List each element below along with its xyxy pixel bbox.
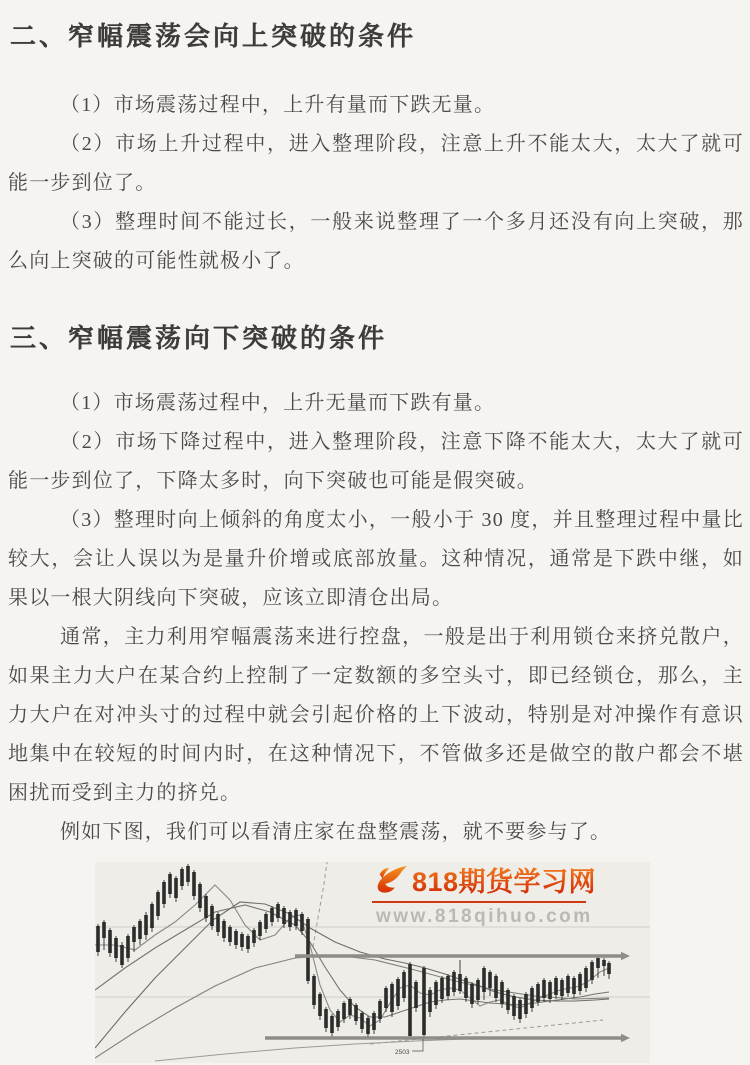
paragraph: （3）整理时间不能过长，一般来说整理了一个多月还没有向上突破，那么向上突破的可能… [8, 203, 744, 281]
818-hand-logo-icon [372, 864, 410, 896]
section-2-heading: 二、窄幅震荡会向上突破的条件 [10, 16, 416, 53]
watermark-site-url: www.818qihuo.com [372, 906, 596, 928]
book-page: 二、窄幅震荡会向上突破的条件 （1）市场震荡过程中，上升有量而下跌无量。 （2）… [0, 0, 750, 1065]
section-3-heading: 三、窄幅震荡向下突破的条件 [10, 318, 387, 355]
paragraph: （1）市场震荡过程中，上升无量而下跌有量。 [8, 384, 744, 423]
paragraph: （1）市场震荡过程中，上升有量而下跌无量。 [8, 86, 744, 125]
watermark-site-name: 818期货学习网 [412, 860, 596, 899]
watermark: 818期货学习网 www.818qihuo.com [372, 860, 596, 928]
paragraph: （2）市场下降过程中，进入整理阶段，注意下降不能太大，太大了就可能一步到位了，下… [8, 423, 744, 501]
section-3-body: （1）市场震荡过程中，上升无量而下跌有量。 （2）市场下降过程中，进入整理阶段，… [8, 384, 744, 852]
paragraph: 通常，主力利用窄幅震荡来进行控盘，一般是出于利用锁仓来挤兑散户，如果主力大户在某… [8, 618, 744, 813]
paragraph: 例如下图，我们可以看清庄家在盘整震荡，就不要参与了。 [8, 813, 744, 852]
watermark-logo-row: 818期货学习网 [372, 860, 586, 903]
svg-text:2503: 2503 [395, 1049, 410, 1056]
paragraph: （2）市场上升过程中，进入整理阶段，注意上升不能太大，太大了就可能一步到位了。 [8, 125, 744, 203]
paragraph: （3）整理时向上倾斜的角度太小，一般小于 30 度，并且整理过程中量比较大，会让… [8, 501, 744, 618]
section-2-body: （1）市场震荡过程中，上升有量而下跌无量。 （2）市场上升过程中，进入整理阶段，… [8, 86, 744, 281]
